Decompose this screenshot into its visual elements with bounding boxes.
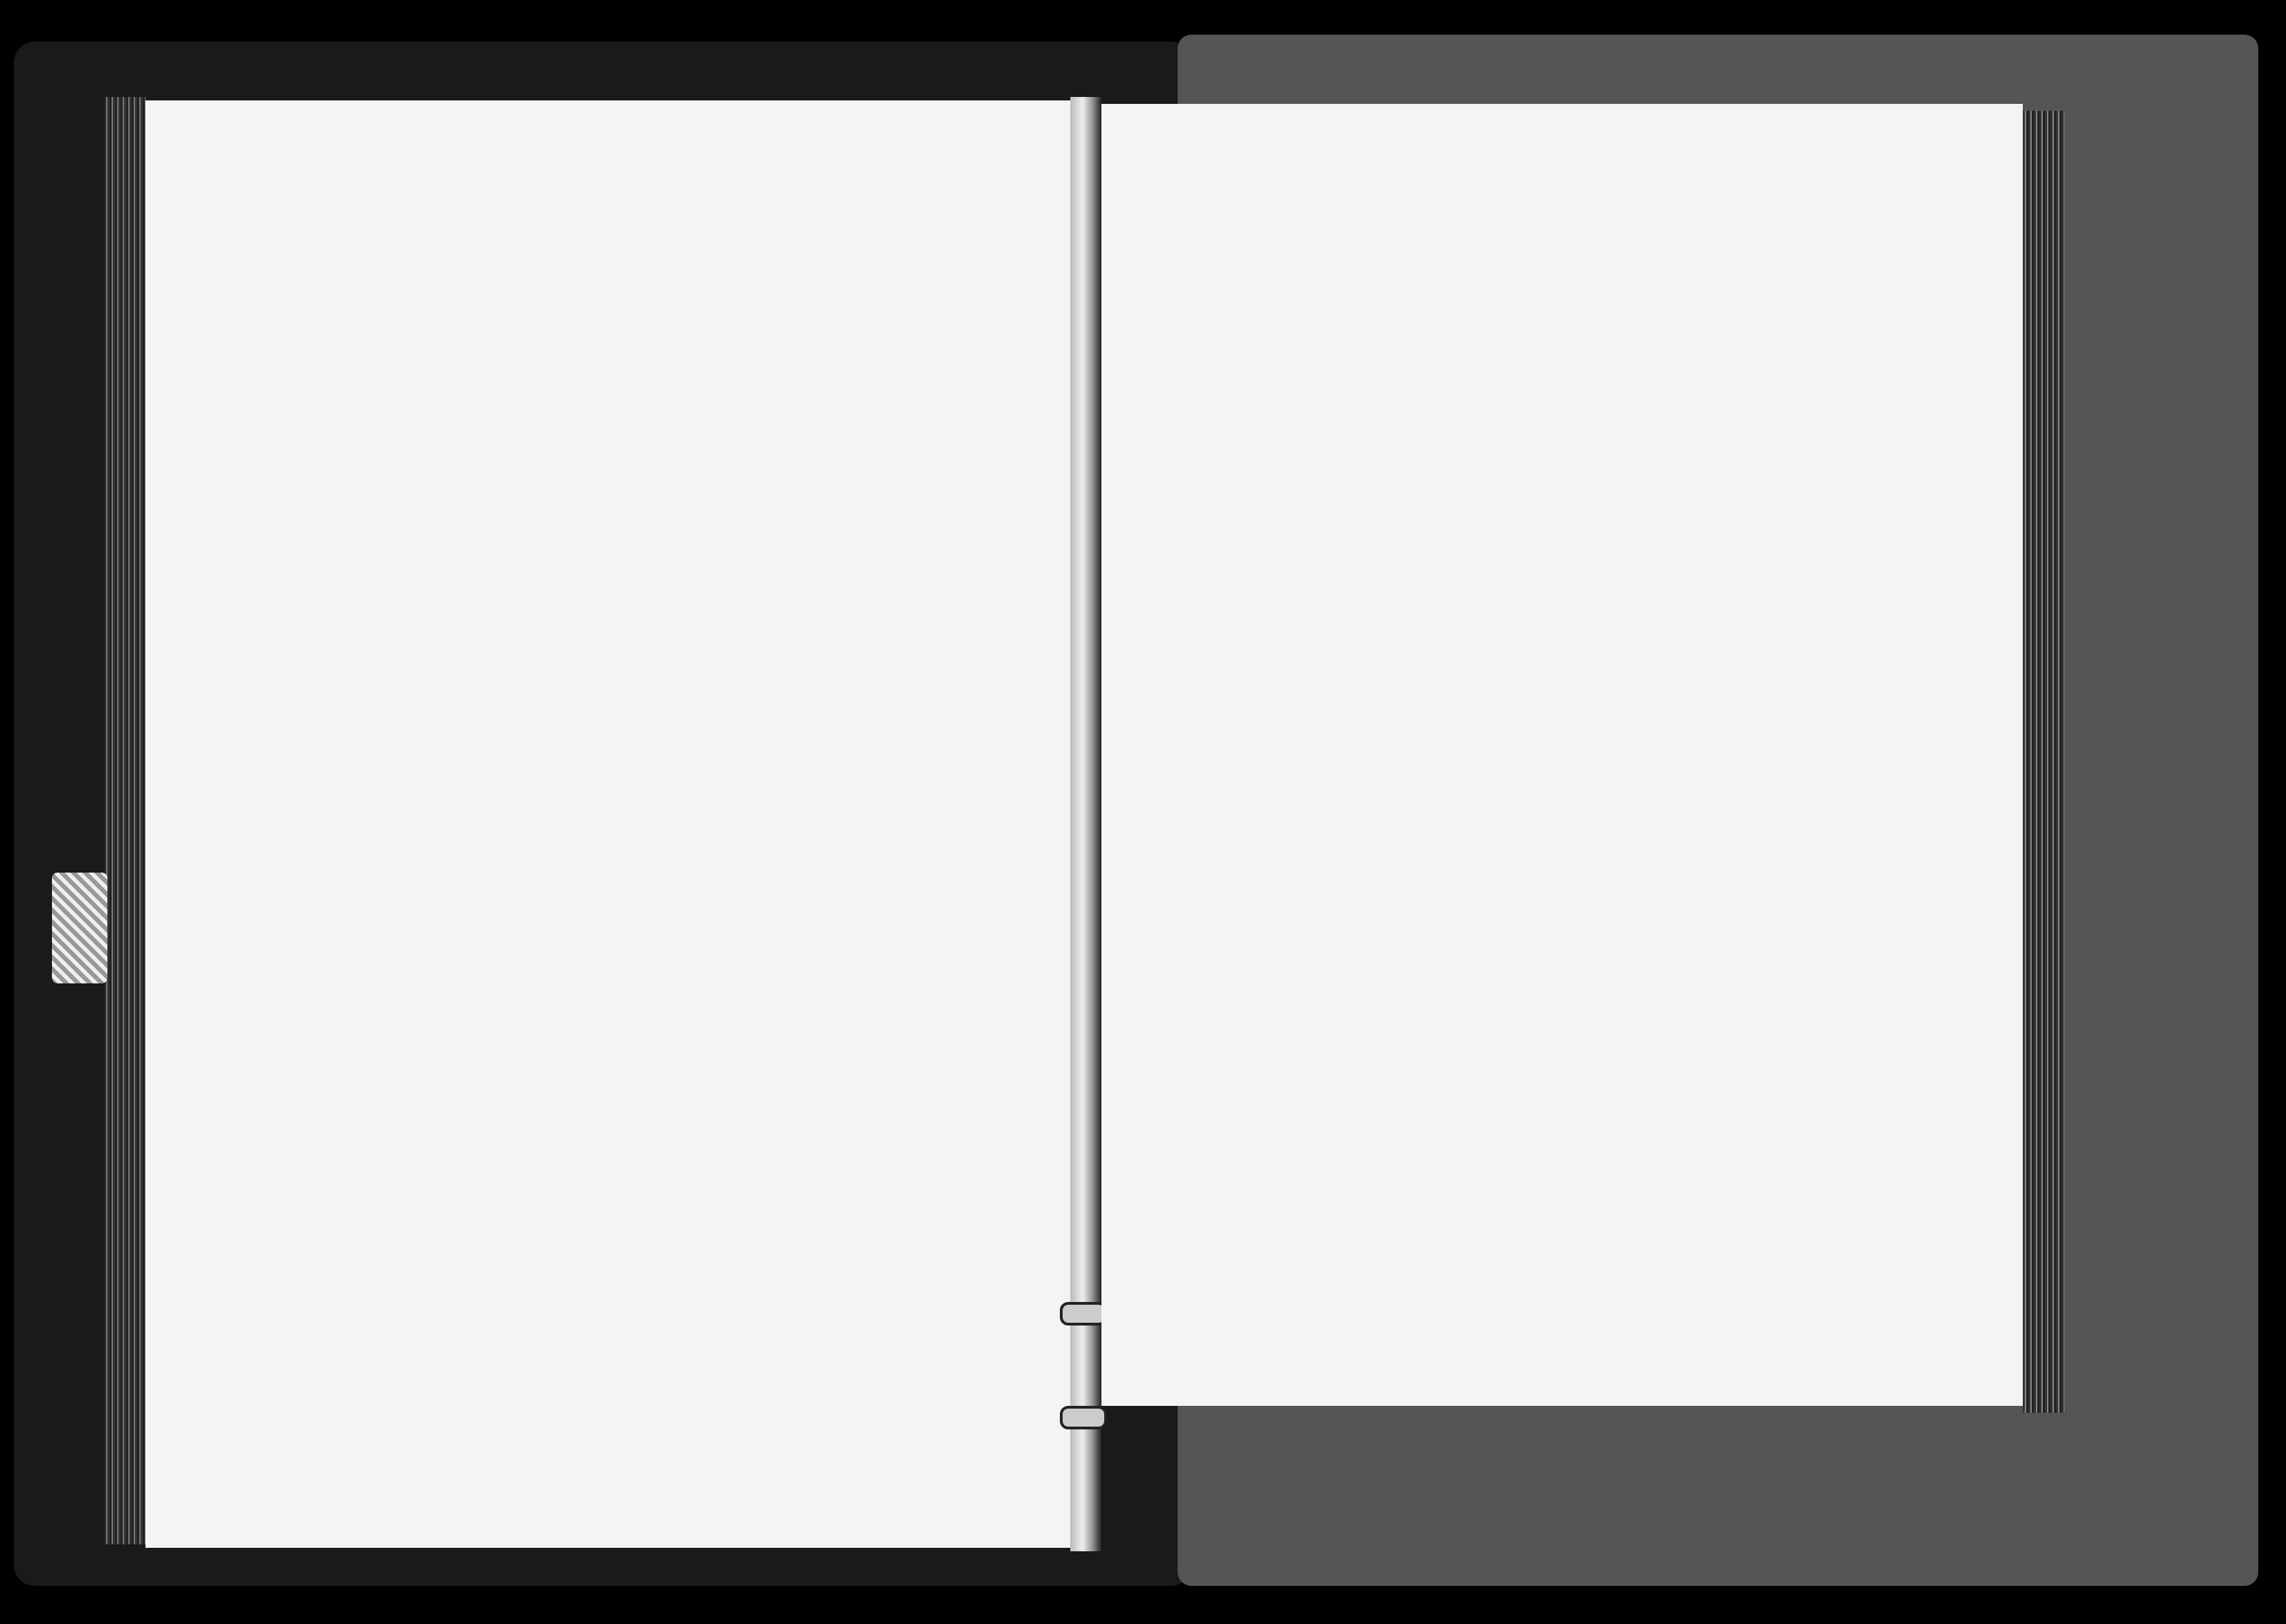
left-page <box>145 100 1084 1548</box>
right-page <box>1101 104 2023 1406</box>
binding-clip <box>1060 1406 1107 1429</box>
page-edges-left <box>104 97 145 1544</box>
bookmark-ribbon <box>52 873 107 983</box>
book-spine <box>1070 97 1101 1551</box>
page-edges-right <box>2023 111 2064 1413</box>
binding-clip <box>1060 1302 1107 1326</box>
